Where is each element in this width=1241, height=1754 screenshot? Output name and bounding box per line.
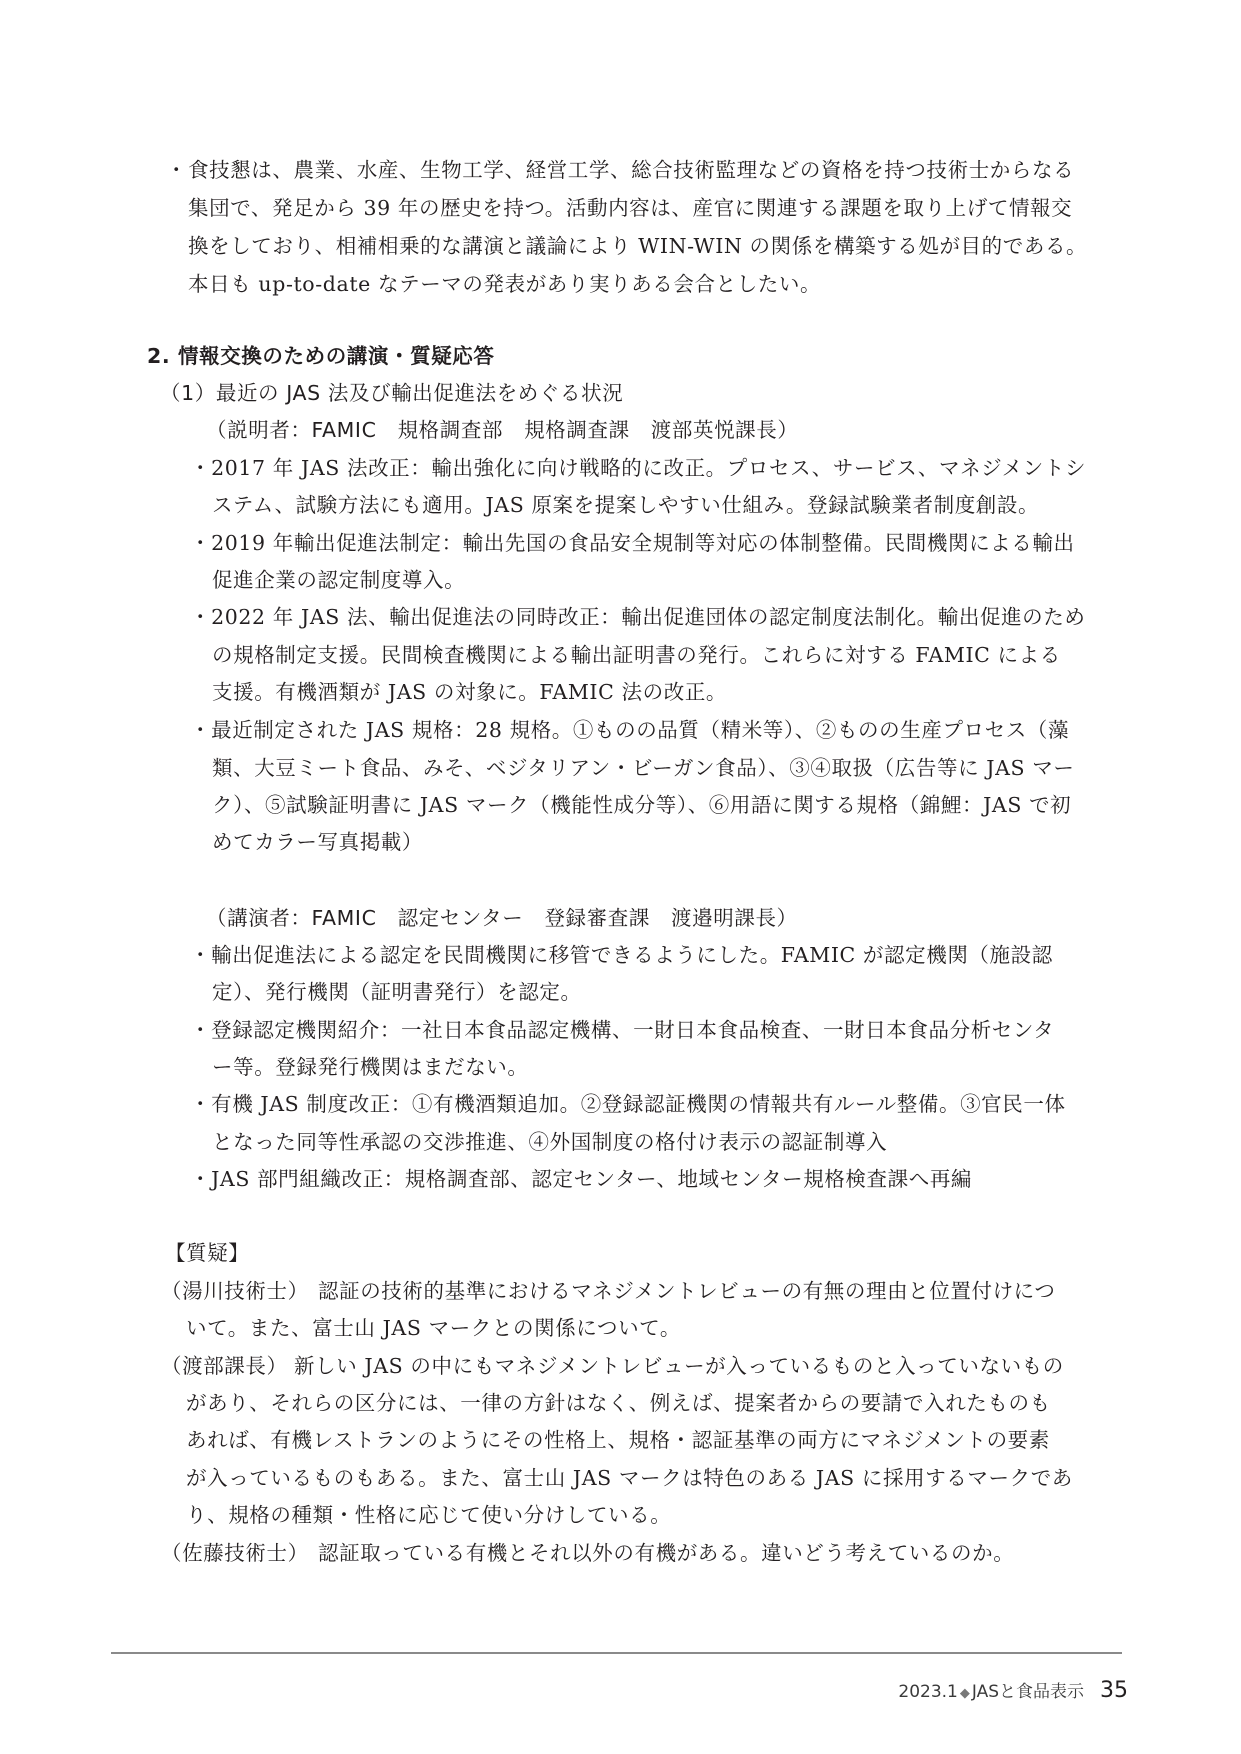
bullet-item-line: の規格制定支援。民間検査機関による輸出証明書の発行。これらに対する FAMIC … — [212, 642, 1061, 668]
bullet-item-line: ー等。登録発行機関はまだない。 — [212, 1054, 529, 1080]
bullet-item-line: ・輸出促進法による認定を民間機関に移管できるようにした。FAMIC が認定機関（… — [190, 942, 1053, 968]
bullet-item-line: ・JAS 部門組織改正：規格調査部、認定センター、地域センター規格検査課へ再編 — [190, 1166, 972, 1192]
qa-speaker: （渡部課長） — [161, 1353, 288, 1379]
qa-speaker: （佐藤技術士） — [161, 1540, 309, 1566]
qa-title: 【質疑】 — [165, 1240, 249, 1266]
bullet-mark: ・ — [166, 157, 187, 183]
qa-line: 認証の技術的基準におけるマネジメントレビューの有無の理由と位置付けにつ — [318, 1278, 1055, 1304]
bullet-item-line: 類、大豆ミート食品、みそ、ベジタリアン・ビーガン食品）、③④取扱（広告等に JA… — [212, 755, 1074, 781]
qa-line: が入っているものもある。また、富士山 JAS マークは特色のある JAS に採用… — [186, 1465, 1073, 1491]
intro-line-3: 換をしており、相補相乗的な講演と議論により WIN-WIN の関係を構築する処が… — [188, 233, 1087, 259]
qa-line: があり、それらの区分には、一律の方針はなく、例えば、提案者からの要請で入れたもの… — [186, 1390, 1051, 1416]
document-page: ・ 食技懇は、農業、水産、生物工学、経営工学、総合技術監理などの資格を持つ技術士… — [0, 0, 1241, 1754]
intro-line-2: 集団で、発足から 39 年の歴史を持つ。活動内容は、産官に関連する課題を取り上げ… — [188, 195, 1072, 221]
speaker-note-2: （講演者：FAMIC 認定センター 登録審査課 渡邉明課長） — [206, 905, 798, 931]
section-heading: 2. 情報交換のための講演・質疑応答 — [147, 343, 495, 369]
bullet-item-line: ク）、⑤試験証明書に JAS マーク（機能性成分等）、⑥用語に関する規格（錦鯉：… — [212, 792, 1071, 818]
page-number: 35 — [1100, 1678, 1128, 1703]
bullet-item-line: 促進企業の認定制度導入。 — [212, 567, 465, 593]
subsection-title: （1）最近の JAS 法及び輸出促進法をめぐる状況 — [160, 380, 623, 406]
intro-line-4: 本日も up-to-date なテーマの発表があり実りある会合としたい。 — [188, 271, 821, 297]
qa-line: あれば、有機レストランのようにその性格上、規格・認証基準の両方にマネジメントの要… — [186, 1427, 1050, 1453]
issue-label: 2023.1 — [898, 1682, 957, 1702]
bullet-item-line: ・2022 年 JAS 法、輸出促進法の同時改正：輸出促進団体の認定制度法制化。… — [190, 604, 1085, 630]
page-footer: 2023.1◆JASと食品表示35 — [898, 1677, 1128, 1703]
journal-title: JASと食品表示 — [972, 1682, 1084, 1702]
bullet-item-line: めてカラー写真掲載） — [212, 829, 423, 855]
qa-line: 認証取っている有機とそれ以外の有機がある。違いどう考えているのか。 — [318, 1540, 1014, 1566]
bullet-item-line: 定）、発行機関（証明書発行）を認定。 — [212, 979, 582, 1005]
bullet-item-line: ・最近制定された JAS 規格：28 規格。①ものの品質（精米等）、②ものの生産… — [190, 717, 1069, 743]
bullet-item-line: ・2019 年輸出促進法制定：輸出先国の食品安全規制等対応の体制整備。民間機関に… — [190, 530, 1075, 556]
qa-line: 新しい JAS の中にもマネジメントレビューが入っているものと入っていないもの — [294, 1353, 1064, 1379]
bullet-item-line: となった同等性承認の交渉推進、④外国制度の格付け表示の認証制導入 — [212, 1129, 887, 1155]
bullet-item-line: ・登録認定機関紹介：一社日本食品認定機構、一財日本食品検査、一財日本食品分析セン… — [190, 1017, 1054, 1043]
diamond-icon: ◆ — [960, 1686, 970, 1701]
qa-line: り、規格の種類・性格に応じて使い分けしている。 — [186, 1502, 671, 1528]
speaker-note-1: （説明者：FAMIC 規格調査部 規格調査課 渡部英悦課長） — [206, 417, 798, 443]
intro-line-1: 食技懇は、農業、水産、生物工学、経営工学、総合技術監理などの資格を持つ技術士から… — [188, 157, 1074, 183]
qa-speaker: （湯川技術士） — [161, 1278, 309, 1304]
bullet-item-line: 支援。有機酒類が JAS の対象に。FAMIC 法の改正。 — [212, 679, 727, 705]
bullet-item-line: ステム、試験方法にも適用。JAS 原案を提案しやすい仕組み。登録試験業者制度創設… — [212, 492, 1039, 518]
qa-line: いて。また、富士山 JAS マークとの関係について。 — [186, 1315, 681, 1341]
footer-rule — [111, 1652, 1122, 1654]
bullet-item-line: ・有機 JAS 制度改正：①有機酒類追加。②登録認証機関の情報共有ルール整備。③… — [190, 1091, 1066, 1117]
bullet-item-line: ・2017 年 JAS 法改正：輸出強化に向け戦略的に改正。プロセス、サービス、… — [190, 455, 1086, 481]
